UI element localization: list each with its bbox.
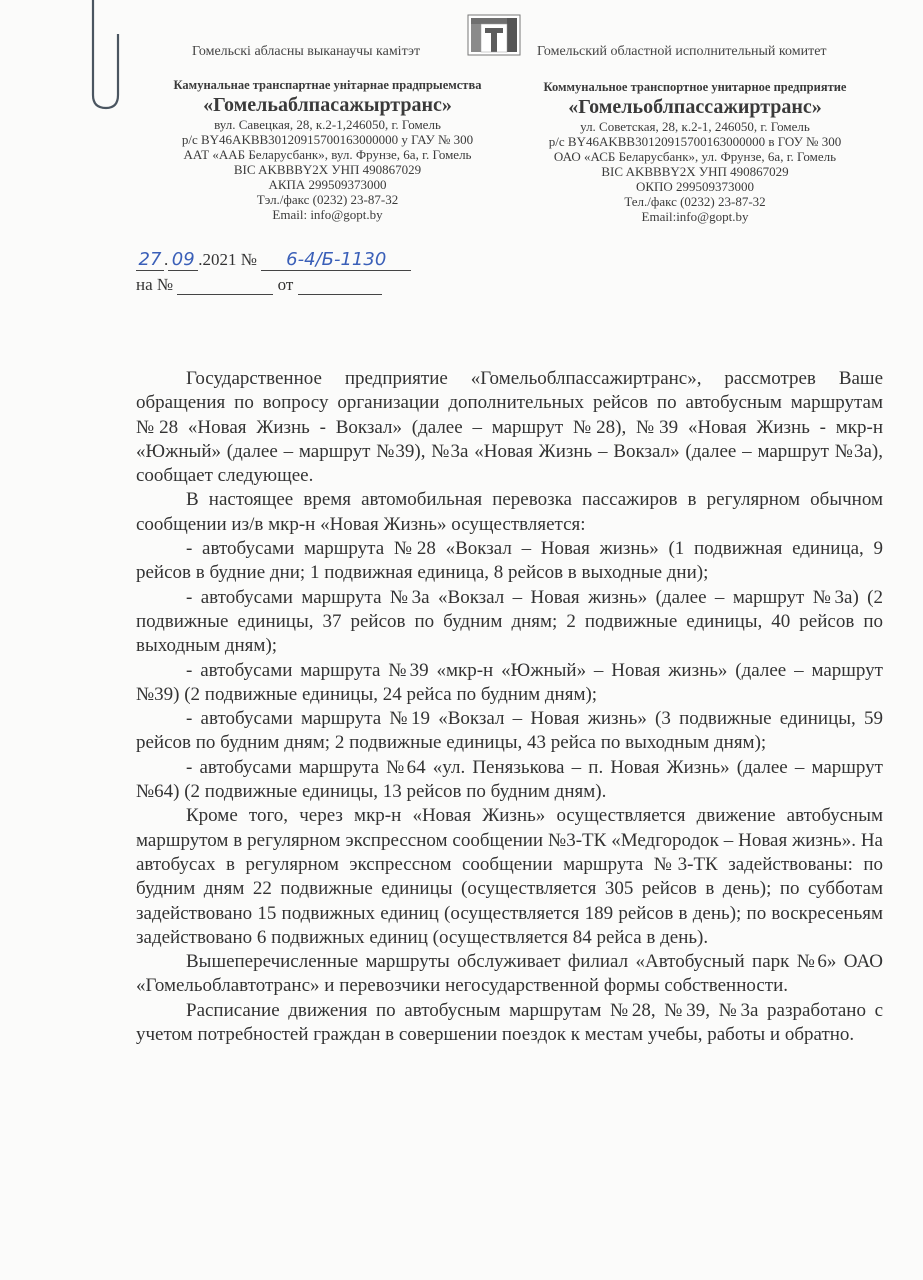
- bank-ru: ОАО «АСБ Беларусбанк», ул. Фрунзе, 6а, г…: [515, 149, 875, 164]
- org-name-ru: «Гомельоблпассажиртранс»: [515, 96, 875, 118]
- reg-year: .2021 №: [198, 250, 257, 269]
- paragraph-intro: Государственное предприятие «Гомельоблпа…: [136, 367, 883, 488]
- header-belarusian: Камунальнае транспартнае унітарнае прадп…: [150, 78, 505, 222]
- account-ru: р/с BY46AKBB30120915700163000000 в ГОУ №…: [515, 134, 875, 149]
- address-ru: ул. Советская, 28, к.2-1, 246050, г. Гом…: [515, 119, 875, 134]
- list-item-route-39: - автобусами маршрута №39 «мкр-н «Южный»…: [136, 659, 883, 708]
- org-type-ru: Коммунальное транспортное унитарное пред…: [515, 80, 875, 95]
- reg-month: 09: [168, 250, 198, 271]
- org-name-by: «Гомельаблпасажыртранс»: [150, 94, 505, 116]
- committee-name-ru: Гомельский областной исполнительный коми…: [537, 44, 827, 60]
- letter-page: Гомельскі абласны выканаучы камітэт Гоме…: [0, 0, 923, 1280]
- email-by: Email: info@gopt.by: [150, 207, 505, 222]
- header-russian: Коммунальное транспортное унитарное пред…: [515, 80, 875, 224]
- reply-date-blank: [298, 278, 382, 295]
- phone-by: Тэл./факс (0232) 23-87-32: [150, 192, 505, 207]
- committee-name-by: Гомельскі абласны выканаучы камітэт: [192, 44, 420, 60]
- code-ru: ОКПО 299509373000: [515, 179, 875, 194]
- reg-number: 6-4/Б-1130: [261, 250, 411, 271]
- org-type-by: Камунальнае транспартнае унітарнае прадп…: [150, 78, 505, 93]
- paragraph-express-route: Кроме того, через мкр-н «Новая Жизнь» ос…: [136, 804, 883, 950]
- registration-line: 27.09.2021 № 6-4/Б-1130: [136, 250, 411, 271]
- reply-line: на № от: [136, 275, 382, 295]
- paragraph-current-service: В настоящее время автомобильная перевозк…: [136, 488, 883, 537]
- bank-by: ААТ «ААБ Беларусбанк», вул. Фрунзе, 6а, …: [150, 147, 505, 162]
- list-item-route-3a: - автобусами маршрута №3а «Вокзал – Нова…: [136, 586, 883, 659]
- paragraph-schedule: Расписание движения по автобусным маршру…: [136, 999, 883, 1048]
- email-ru: Email:info@gopt.by: [515, 209, 875, 224]
- paragraph-operators: Вышеперечисленные маршруты обслуживает ф…: [136, 950, 883, 999]
- paperclip-icon: [84, 0, 124, 112]
- reply-label: на №: [136, 275, 173, 294]
- reply-number-blank: [177, 278, 273, 295]
- list-item-route-19: - автобусами маршрута №19 «Вокзал – Нова…: [136, 707, 883, 756]
- account-by: р/с BY46AKBB30120915700163000000 у ГАУ №…: [150, 132, 505, 147]
- letter-body: Государственное предприятие «Гомельоблпа…: [136, 367, 883, 1047]
- from-label: от: [278, 275, 294, 294]
- gopt-logo-icon: [467, 14, 521, 56]
- code-by: АКПА 299509373000: [150, 177, 505, 192]
- list-item-route-64: - автобусами маршрута №64 «ул. Пенязьков…: [136, 756, 883, 805]
- list-item-route-28: - автобусами маршрута №28 «Вокзал – Нова…: [136, 537, 883, 586]
- bic-ru: BIC AKBBBY2X УНП 490867029: [515, 164, 875, 179]
- phone-ru: Тел./факс (0232) 23-87-32: [515, 194, 875, 209]
- address-by: вул. Савецкая, 28, к.2-1,246050, г. Гоме…: [150, 117, 505, 132]
- bic-by: BIC AKBBBY2X УНП 490867029: [150, 162, 505, 177]
- reg-day: 27: [136, 250, 164, 271]
